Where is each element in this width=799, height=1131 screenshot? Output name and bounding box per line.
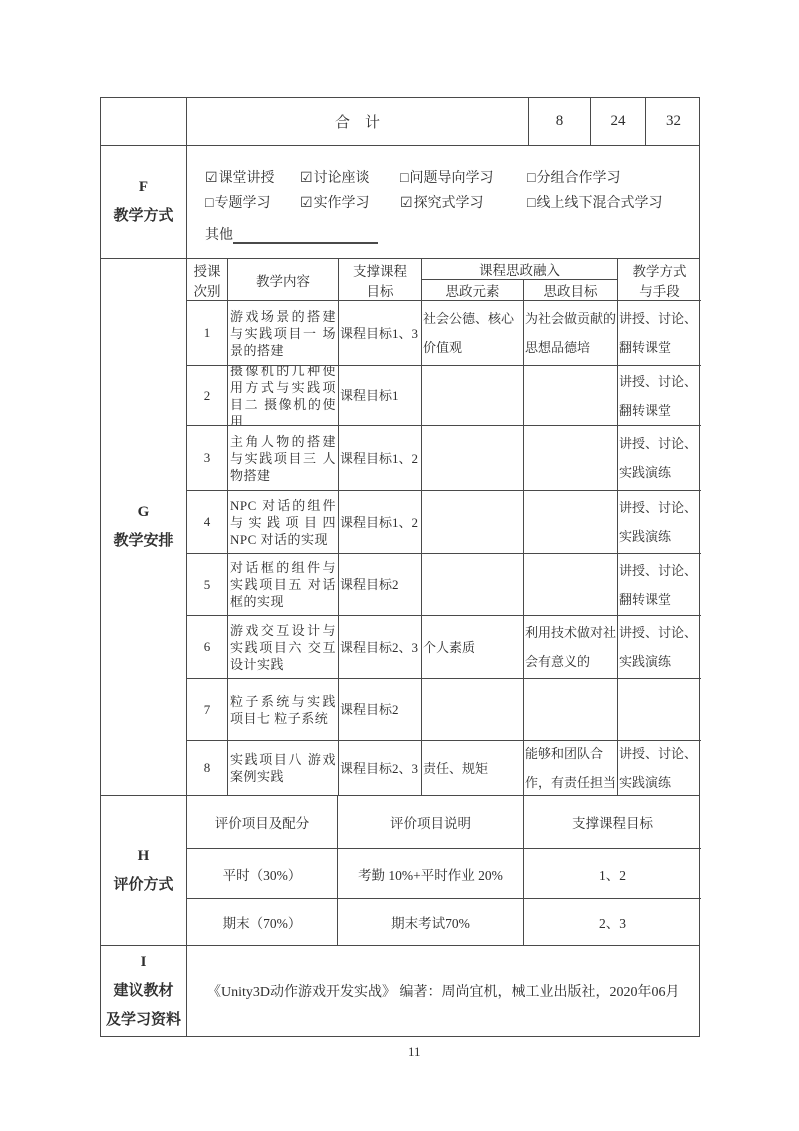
session-no: 2	[187, 366, 228, 425]
header-eval-goal: 支撑课程目标	[524, 796, 701, 848]
teaching-content: 游戏交互设计与实践项目六 交互设计实践	[228, 616, 339, 678]
section-i-label: I 建议教材 及学习资料	[101, 946, 187, 1036]
schedule-row-7: 7 粒子系统与实践项目七 粒子系统 课程目标2	[187, 679, 701, 741]
schedule-row-8: 8 实践项目八 游戏案例实践 课程目标2、3 责任、规矩 能够和团队合作，有责任…	[187, 741, 701, 795]
page-number: 11	[408, 1044, 421, 1060]
summary-total-label: 合 计	[187, 98, 529, 145]
header-ideology-goal: 思政目标	[524, 280, 617, 300]
session-no: 1	[187, 301, 228, 365]
option-label: 课堂讲授	[219, 171, 275, 186]
schedule-header: 授课 次别 教学内容 支撑课程 目标 课程思政融入 思政元素 思政目标 教学方式…	[187, 259, 701, 301]
session-no: 7	[187, 679, 228, 740]
syllabus-table: 合 计 8 24 32 F 教学方式 ☑课堂讲授 ☑讨论座谈 □问题导向学习 □…	[100, 97, 700, 1037]
textbook-info: 《Unity3D动作游戏开发实战》 编著：周尚宜机，械工业出版社，2020年06…	[187, 946, 701, 1036]
summary-value-2: 24	[591, 98, 646, 145]
checkbox-checked-icon: ☑	[300, 196, 313, 211]
course-goal: 课程目标1、2	[339, 491, 422, 553]
teaching-content: 粒子系统与实践项目七 粒子系统	[228, 679, 339, 740]
teaching-method: 讲授、讨论、翻转课堂	[618, 301, 701, 365]
checkbox-unchecked-icon: □	[205, 196, 213, 211]
option-blended-study: □线上线下混合式学习	[527, 191, 662, 216]
course-goal: 课程目标2	[339, 679, 422, 740]
teaching-method: 讲授、讨论、实践演练	[618, 616, 701, 678]
section-g-row: G 教学安排 授课 次别 教学内容 支撑课程 目标 课程思政融入 思政元素 思政…	[101, 259, 699, 796]
option-discussion: ☑讨论座谈	[300, 166, 400, 191]
option-line-1: ☑课堂讲授 ☑讨论座谈 □问题导向学习 □分组合作学习	[205, 166, 701, 191]
header-method: 教学方式 与手段	[618, 259, 701, 300]
course-goal: 课程目标2、3	[339, 616, 422, 678]
section-g-code: G	[138, 498, 150, 527]
ideology-goal	[524, 554, 618, 615]
section-i-title: 建议教材 及学习资料	[106, 977, 181, 1035]
ideology-goal: 为社会做贡献的思想品德培	[524, 301, 618, 365]
option-label: 实作学习	[314, 196, 370, 211]
ideology-goal	[524, 366, 618, 425]
evaluation-table: 评价项目及配分 评价项目说明 支撑课程目标 平时（30%） 考勤 10%+平时作…	[187, 796, 701, 945]
schedule-row-3: 3 主角人物的搭建与实践项目三 人物搭建 课程目标1、2 讲授、讨论、实践演练	[187, 426, 701, 491]
section-f-label: F 教学方式	[101, 146, 187, 258]
course-goal: 课程目标1	[339, 366, 422, 425]
header-ideology-group: 课程思政融入 思政元素 思政目标	[422, 259, 618, 300]
schedule-row-2: 2 摄像机的几种使用方式与实践项目二 摄像机的使用 课程目标1 讲授、讨论、翻转…	[187, 366, 701, 426]
summary-value-3: 32	[646, 98, 701, 145]
header-content: 教学内容	[228, 259, 339, 300]
option-label: 专题学习	[214, 196, 270, 211]
eval-goal: 2、3	[524, 899, 701, 945]
teaching-content: 主角人物的搭建与实践项目三 人物搭建	[228, 426, 339, 490]
section-i-row: I 建议教材 及学习资料 《Unity3D动作游戏开发实战》 编著：周尚宜机，械…	[101, 946, 699, 1036]
teaching-content: 摄像机的几种使用方式与实践项目二 摄像机的使用	[228, 366, 339, 425]
header-ideology-element: 思政元素	[422, 280, 524, 300]
ideology-element: 社会公德、核心价值观	[422, 301, 524, 365]
session-no: 3	[187, 426, 228, 490]
section-h-row: H 评价方式 评价项目及配分 评价项目说明 支撑课程目标 平时（30%） 考勤 …	[101, 796, 699, 946]
section-f-row: F 教学方式 ☑课堂讲授 ☑讨论座谈 □问题导向学习 □分组合作学习 □专题学习…	[101, 146, 699, 259]
header-eval-desc: 评价项目说明	[338, 796, 524, 848]
header-eval-item: 评价项目及配分	[187, 796, 338, 848]
section-g-label: G 教学安排	[101, 259, 187, 795]
option-label: 分组合作学习	[536, 171, 620, 186]
schedule-row-5: 5 对话框的组件与实践项目五 对话框的实现 课程目标2 讲授、讨论、翻转课堂	[187, 554, 701, 616]
option-inquiry-study: ☑探究式学习	[400, 191, 527, 216]
teaching-method: 讲授、讨论、实践演练	[618, 426, 701, 490]
teaching-content: 实践项目八 游戏案例实践	[228, 741, 339, 795]
ideology-element	[422, 366, 524, 425]
option-line-2: □专题学习 ☑实作学习 ☑探究式学习 □线上线下混合式学习	[205, 191, 701, 216]
header-ideology-subrow: 思政元素 思政目标	[422, 280, 617, 300]
evaluation-row-1: 平时（30%） 考勤 10%+平时作业 20% 1、2	[187, 849, 701, 899]
ideology-goal: 利用技术做对社会有意义的	[524, 616, 618, 678]
teaching-method: 讲授、讨论、实践演练	[618, 741, 701, 795]
schedule-row-1: 1 游戏场景的搭建与实践项目一 场景的搭建 课程目标1、3 社会公德、核心价值观…	[187, 301, 701, 366]
schedule-table: 授课 次别 教学内容 支撑课程 目标 课程思政融入 思政元素 思政目标 教学方式…	[187, 259, 701, 795]
option-label: 线上线下混合式学习	[536, 196, 662, 211]
section-h-title: 评价方式	[113, 871, 173, 900]
section-h-code: H	[138, 842, 150, 871]
summary-row: 合 计 8 24 32	[101, 98, 699, 146]
ideology-goal	[524, 426, 618, 490]
course-goal: 课程目标2、3	[339, 741, 422, 795]
summary-value-1: 8	[529, 98, 591, 145]
section-g-title: 教学安排	[113, 527, 173, 556]
eval-desc: 考勤 10%+平时作业 20%	[338, 849, 524, 898]
ideology-element: 责任、规矩	[422, 741, 524, 795]
header-goal: 支撑课程 目标	[339, 259, 422, 300]
summary-empty-cell	[101, 98, 187, 145]
ideology-goal	[524, 491, 618, 553]
option-label: 讨论座谈	[314, 171, 370, 186]
option-practical-study: ☑实作学习	[300, 191, 400, 216]
ideology-element	[422, 679, 524, 740]
eval-goal: 1、2	[524, 849, 701, 898]
eval-item: 平时（30%）	[187, 849, 338, 898]
teaching-content: 游戏场景的搭建与实践项目一 场景的搭建	[228, 301, 339, 365]
course-goal: 课程目标1、3	[339, 301, 422, 365]
evaluation-row-2: 期末（70%） 期末考试70% 2、3	[187, 899, 701, 945]
option-problem-oriented: □问题导向学习	[400, 166, 527, 191]
checkbox-unchecked-icon: □	[527, 196, 535, 211]
session-no: 6	[187, 616, 228, 678]
option-label: 问题导向学习	[409, 171, 493, 186]
teaching-content: NPC 对话的组件与实践项目四 NPC 对话的实现	[228, 491, 339, 553]
checkbox-unchecked-icon: □	[527, 171, 535, 186]
teaching-content: 对话框的组件与实践项目五 对话框的实现	[228, 554, 339, 615]
ideology-goal: 能够和团队合作，有责任担当	[524, 741, 618, 795]
other-option: 其他	[205, 222, 701, 244]
section-i-code: I	[141, 948, 147, 977]
teaching-method: 讲授、讨论、翻转课堂	[618, 366, 701, 425]
ideology-element	[422, 554, 524, 615]
session-no: 4	[187, 491, 228, 553]
section-f-title: 教学方式	[113, 202, 173, 231]
teaching-method-options: ☑课堂讲授 ☑讨论座谈 □问题导向学习 □分组合作学习 □专题学习 ☑实作学习 …	[187, 146, 701, 258]
schedule-row-4: 4 NPC 对话的组件与实践项目四 NPC 对话的实现 课程目标1、2 讲授、讨…	[187, 491, 701, 554]
checkbox-checked-icon: ☑	[400, 196, 413, 211]
teaching-method	[618, 679, 701, 740]
schedule-row-6: 6 游戏交互设计与实践项目六 交互设计实践 课程目标2、3 个人素质 利用技术做…	[187, 616, 701, 679]
option-label: 探究式学习	[414, 196, 484, 211]
option-group-cooperation: □分组合作学习	[527, 166, 620, 191]
course-goal: 课程目标2	[339, 554, 422, 615]
ideology-element	[422, 491, 524, 553]
other-underline	[233, 227, 378, 244]
evaluation-header: 评价项目及配分 评价项目说明 支撑课程目标	[187, 796, 701, 849]
checkbox-checked-icon: ☑	[300, 171, 313, 186]
document-page: 合 计 8 24 32 F 教学方式 ☑课堂讲授 ☑讨论座谈 □问题导向学习 □…	[0, 0, 799, 1131]
teaching-method: 讲授、讨论、实践演练	[618, 491, 701, 553]
checkbox-unchecked-icon: □	[400, 171, 408, 186]
ideology-goal	[524, 679, 618, 740]
other-label: 其他	[205, 224, 233, 244]
option-topic-study: □专题学习	[205, 191, 300, 216]
eval-desc: 期末考试70%	[338, 899, 524, 945]
checkbox-checked-icon: ☑	[205, 171, 218, 186]
session-no: 8	[187, 741, 228, 795]
option-classroom-lecture: ☑课堂讲授	[205, 166, 300, 191]
header-session: 授课 次别	[187, 259, 228, 300]
ideology-element: 个人素质	[422, 616, 524, 678]
ideology-element	[422, 426, 524, 490]
session-no: 5	[187, 554, 228, 615]
course-goal: 课程目标1、2	[339, 426, 422, 490]
eval-item: 期末（70%）	[187, 899, 338, 945]
section-f-code: F	[139, 173, 148, 202]
teaching-method: 讲授、讨论、翻转课堂	[618, 554, 701, 615]
section-h-label: H 评价方式	[101, 796, 187, 945]
header-ideology-title: 课程思政融入	[422, 259, 617, 280]
